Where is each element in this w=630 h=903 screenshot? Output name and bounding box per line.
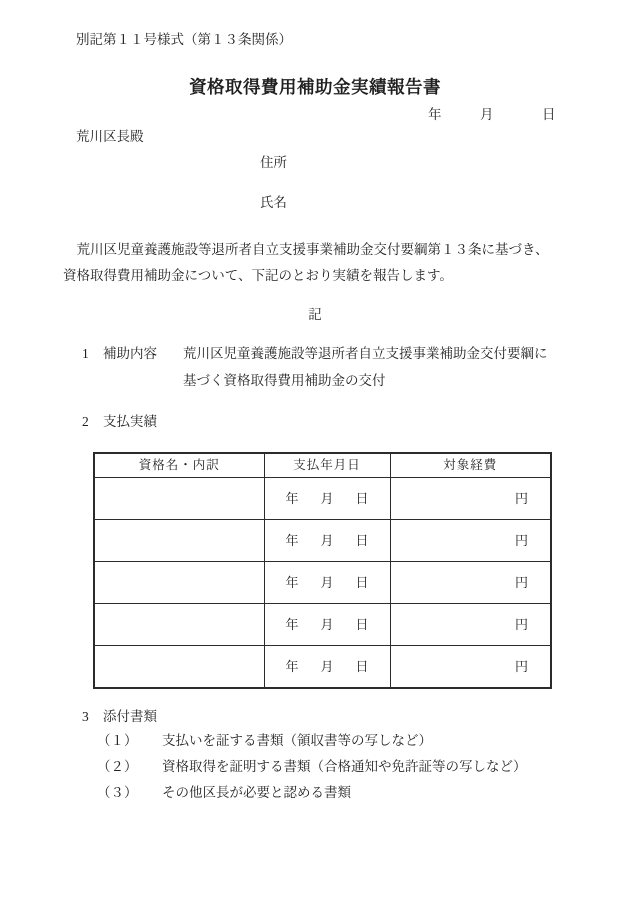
qualification-cell [94, 562, 264, 604]
col-header-payment-date: 支払年月日 [264, 453, 390, 478]
item1-label: 補助内容 [103, 347, 157, 361]
table-row: 年 月 日 円 [94, 604, 551, 646]
attachment-item1-text: 支払いを証する書類（領収書等の写しなど） [162, 734, 432, 748]
addressee-text: 荒川区長殿 [76, 130, 144, 144]
body-paragraph-line2: 資格取得費用補助金について、下記のとおり実績を報告します。 [63, 269, 583, 295]
payment-date-cell: 年 月 日 [264, 646, 390, 689]
qualification-cell [94, 520, 264, 562]
col-header-expense: 対象経費 [390, 453, 551, 478]
payments-table: 資格名・内訳 支払年月日 対象経費 年 月 日 円 年 月 日 [93, 452, 552, 689]
item1-content-line1: 荒川区児童養護施設等退所者自立支援事業補助金交付要綱に [183, 347, 548, 374]
date-year-label: 年 [428, 108, 442, 122]
table-row: 年 月 日 円 [94, 520, 551, 562]
payment-date-cell: 年 月 日 [264, 604, 390, 646]
amount-cell: 円 [390, 562, 551, 604]
qualification-cell [94, 646, 264, 689]
attachment-item2-marker: （２） [97, 760, 138, 774]
payment-date-cell: 年 月 日 [264, 520, 390, 562]
item1-number: 1 [82, 347, 89, 361]
amount-cell: 円 [390, 478, 551, 520]
body-paragraph: 荒川区児童養護施設等退所者自立支援事業補助金交付要綱第１３条に基づき、 資格取得… [63, 243, 583, 294]
attachment-item1-marker: （１） [97, 734, 138, 748]
item2-label: 支払実績 [103, 415, 157, 429]
document-page: 別記第１１号様式（第１３条関係） 資格取得費用補助金実績報告書 年 月 日 荒川… [0, 0, 630, 903]
table-row: 年 月 日 円 [94, 646, 551, 689]
qualification-cell [94, 604, 264, 646]
date-month-label: 月 [480, 108, 494, 122]
qualification-cell [94, 478, 264, 520]
item3-number: 3 [82, 710, 89, 724]
item2-number: 2 [82, 415, 89, 429]
attachment-item3-marker: （３） [97, 786, 138, 800]
amount-cell: 円 [390, 604, 551, 646]
attachment-item3-text: その他区長が必要と認める書類 [162, 786, 351, 800]
table-header-row: 資格名・内訳 支払年月日 対象経費 [94, 453, 551, 478]
amount-cell: 円 [390, 520, 551, 562]
report-date-line: 年 月 日 [0, 108, 630, 122]
item3-label: 添付書類 [103, 710, 157, 724]
body-paragraph-line1: 荒川区児童養護施設等退所者自立支援事業補助金交付要綱第１３条に基づき、 [63, 243, 583, 269]
form-number-text: 別記第１１号様式（第１３条関係） [76, 33, 292, 47]
notation-ki: 記 [0, 308, 630, 322]
attachment-item2-text: 資格取得を証明する書類（合格通知や免許証等の写しなど） [162, 760, 527, 774]
amount-cell: 円 [390, 646, 551, 689]
payment-date-cell: 年 月 日 [264, 562, 390, 604]
date-day-label: 日 [542, 108, 556, 122]
table-row: 年 月 日 円 [94, 478, 551, 520]
table-row: 年 月 日 円 [94, 562, 551, 604]
payment-date-cell: 年 月 日 [264, 478, 390, 520]
name-label: 氏名 [260, 196, 287, 210]
document-title: 資格取得費用補助金実績報告書 [0, 79, 630, 97]
item1-content-line2: 基づく資格取得費用補助金の交付 [183, 374, 548, 401]
address-label: 住所 [260, 156, 287, 170]
col-header-qualification: 資格名・内訳 [94, 453, 264, 478]
item1-content: 荒川区児童養護施設等退所者自立支援事業補助金交付要綱に 基づく資格取得費用補助金… [183, 347, 548, 401]
